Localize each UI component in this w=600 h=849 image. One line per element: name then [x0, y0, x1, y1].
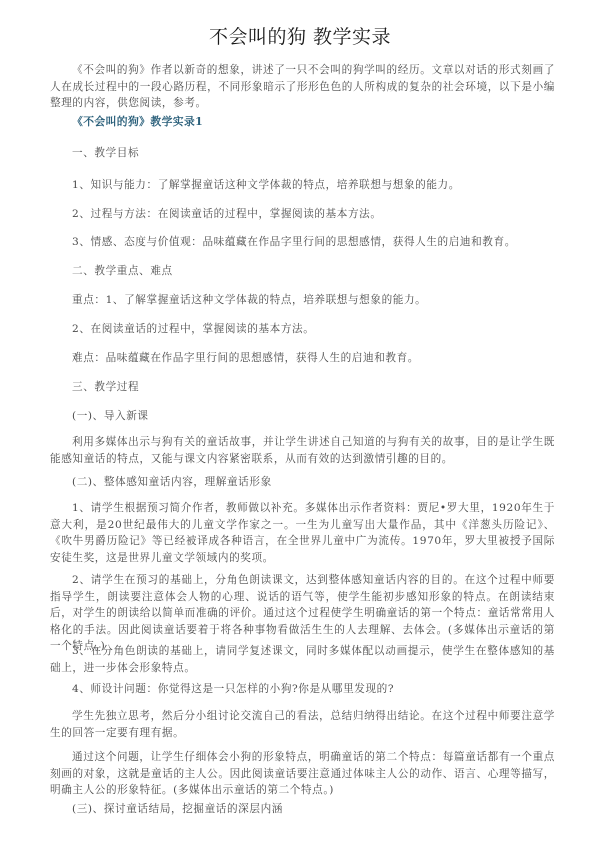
document-title: 不会叫的狗 教学实录 — [0, 22, 600, 49]
process-title: 三、教学过程 — [72, 380, 139, 394]
goals-title: 一、教学目标 — [72, 146, 139, 160]
difficulty: 难点：品味蕴藏在作品字里行间的思想感情，获得人生的启迪和教育。 — [72, 351, 419, 365]
step-1-title: (一)、导入新课 — [72, 409, 149, 423]
step-2-item-3: 3、在分角色朗读的基础上，请同学复述课文，同时多媒体配以动画提示，使学生在整体感… — [50, 643, 555, 676]
question-4: 4、师设计问题：你觉得这是一只怎样的小狗?你是从哪里发现的? — [72, 682, 394, 696]
step-3-title: (三)、探讨童话结局，挖掘童话的深层内涵 — [72, 802, 283, 816]
document-page: 不会叫的狗 教学实录 《不会叫的狗》作者以新奇的想象，讲述了一只不会叫的狗学叫的… — [0, 0, 600, 849]
step-2-item-1: 1、请学生根据预习简介作者，教师做以补充。多媒体出示作者资料：贾尼•罗大里，19… — [50, 500, 555, 566]
key-point-1: 重点：1、了解掌握童话这种文学体裁的特点，培养联想与想象的能力。 — [72, 293, 426, 307]
step-2-title: (二)、整体感知童话内容，理解童话形象 — [72, 475, 272, 489]
goal-3: 3、情感、态度与价值观：品味蕴藏在作品字里行间的思想感情，获得人生的启迪和教育。 — [72, 235, 516, 249]
question-4-summary: 通过这个问题，让学生仔细体会小狗的形象特点，明确童话的第二个特点：每篇童话都有一… — [50, 749, 555, 799]
key-points-title: 二、教学重点、难点 — [72, 264, 173, 278]
intro-paragraph: 《不会叫的狗》作者以新奇的想象，讲述了一只不会叫的狗学叫的经历。文章以对话的形式… — [50, 62, 555, 112]
key-point-2: 2、在阅读童话的过程中，掌握阅读的基本方法。 — [72, 322, 314, 336]
goal-2: 2、过程与方法：在阅读童话的过程中，掌握阅读的基本方法。 — [72, 207, 382, 221]
question-4-answer: 学生先独立思考，然后分小组讨论交流自己的看法，总结归纳得出结论。在这个过程中师要… — [50, 708, 555, 741]
step-1-body: 利用多媒体出示与狗有关的童话故事，并让学生讲述自己知道的与狗有关的故事，目的是让… — [50, 434, 555, 467]
goal-1: 1、知识与能力：了解掌握童话这种文学体裁的特点，培养联想与想象的能力。 — [72, 178, 460, 192]
section-heading: 《不会叫的狗》教学实录1 — [72, 114, 203, 129]
